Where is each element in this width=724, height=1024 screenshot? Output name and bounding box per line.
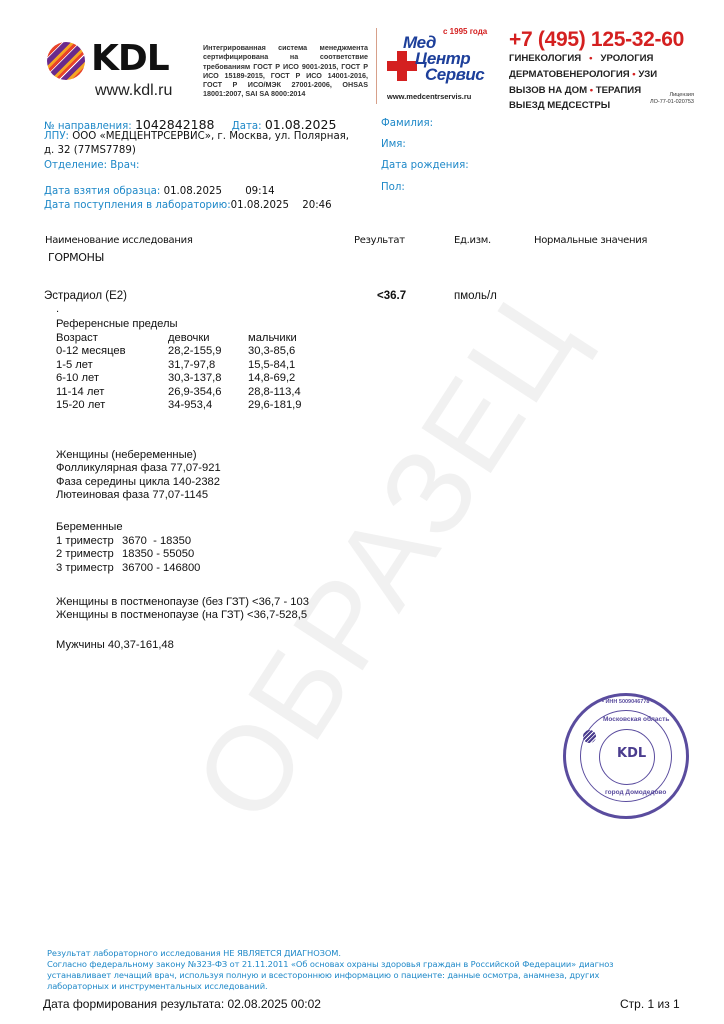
girls-header: девочки <box>168 332 248 345</box>
table-row: 6-10 лет 30,3-137,8 14,8-69,2 <box>56 372 302 385</box>
service-nurse-visit: ВЫЕЗД МЕДСЕСТРЫ <box>509 100 610 111</box>
table-row: 11-14 лет 26,9-354,6 28,8-113,4 <box>56 386 302 399</box>
services-line-3: ВЫЗОВ НА ДОМ • ТЕРАПИЯ <box>509 85 641 96</box>
disclaimer: Результат лабораторного исследования НЕ … <box>47 948 687 992</box>
disclaimer-line-1: Результат лабораторного исследования НЕ … <box>47 948 687 959</box>
col-header-normal: Нормальные значения <box>534 235 647 246</box>
service-therapy: ТЕРАПИЯ <box>596 85 641 96</box>
lpu-value: ООО «МЕДЦЕНТРСЕРВИС», г. Москва, ул. Пол… <box>72 131 349 142</box>
sample-time: 09:14 <box>245 186 274 197</box>
age-cell: 11-14 лет <box>56 386 168 399</box>
boys-cell: 30,3-85,6 <box>248 345 302 358</box>
medical-cross-icon <box>387 51 417 81</box>
disclaimer-line-2: Согласно федеральному закону №323-ФЗ от … <box>47 959 687 970</box>
girls-cell: 31,7-97,8 <box>168 359 248 372</box>
age-reference-table: Возраст девочки мальчики 0-12 месяцев 28… <box>56 332 302 412</box>
service-ultrasound: УЗИ <box>638 69 657 80</box>
postmenopause-no-hrt: Женщины в постменопаузе (без ГЗТ) <36,7 … <box>56 596 309 609</box>
pregnant-table: 1 триместр 3670 - 18350 2 триместр 18350… <box>56 535 200 575</box>
range-cell: 36700 - 146800 <box>122 562 200 575</box>
name-label: Имя: <box>381 139 406 150</box>
girls-cell: 26,9-354,6 <box>168 386 248 399</box>
lpu-value-line-2: д. 32 (77MS7789) <box>44 145 136 156</box>
boys-cell: 14,8-69,2 <box>248 372 302 385</box>
iso-certification-text: Интегрированная система менеджмента серт… <box>203 43 368 99</box>
bullet-icon: • <box>584 53 598 64</box>
table-row: 3 триместр 36700 - 146800 <box>56 562 200 575</box>
test-result: <36.7 <box>377 290 406 302</box>
women-nonpregnant: Женщины (небеременные) Фолликулярная фаз… <box>56 449 221 503</box>
boys-cell: 15,5-84,1 <box>248 359 302 372</box>
sample-date: 01.08.2025 <box>164 186 222 197</box>
test-unit: пмоль/л <box>454 290 497 302</box>
table-row: 0-12 месяцев 28,2-155,9 30,3-85,6 <box>56 345 302 358</box>
age-table-header: Возраст девочки мальчики <box>56 332 302 345</box>
girls-cell: 28,2-155,9 <box>168 345 248 358</box>
section-title: ГОРМОНЫ <box>48 251 104 264</box>
generated-date: Дата формирования результата: 02.08.2025… <box>43 997 321 1011</box>
luteal-phase: Лютеиновая фаза 77,07-1145 <box>56 489 221 502</box>
service-home-visit: ВЫЗОВ НА ДОМ <box>509 85 587 96</box>
service-dermatovenerology: ДЕРМАТОВЕНЕРОЛОГИЯ <box>509 69 630 80</box>
age-cell: 0-12 месяцев <box>56 345 168 358</box>
col-header-result: Результат <box>354 235 405 246</box>
postmenopause-hrt: Женщины в постменопаузе (на ГЗТ) <36,7-5… <box>56 609 309 622</box>
since-year: с 1995 года <box>443 27 487 36</box>
reference-dot: . <box>56 303 59 316</box>
referral-number: 1042842188 <box>135 117 215 132</box>
services-line-4: ВЫЕЗД МЕДСЕСТРЫ <box>509 100 610 111</box>
license-label: Лицензия <box>650 92 694 99</box>
medcentrservis-logo: с 1995 года Мед Центр Сервис www.medcent… <box>385 27 500 105</box>
postmenopause: Женщины в постменопаузе (без ГЗТ) <36,7 … <box>56 596 309 623</box>
phone-number: +7 (495) 125-32-60 <box>509 28 684 52</box>
service-gynecology: ГИНЕКОЛОГИЯ <box>509 53 581 64</box>
range-cell: 18350 - 55050 <box>122 548 200 561</box>
sample-date-line: Дата взятия образца: 01.08.2025 09:14 <box>44 186 275 197</box>
stamp-inner-top: Московская область <box>603 716 669 723</box>
kdl-logo: KDL www.kdl.ru <box>47 38 187 98</box>
age-cell: 1-5 лет <box>56 359 168 372</box>
generated-value: 02.08.2025 00:02 <box>228 997 321 1011</box>
follicular-phase: Фолликулярная фаза 77,07-921 <box>56 462 221 475</box>
stamp-outer-text: • ИНН 5009046778 • <box>602 699 653 705</box>
age-cell: 6-10 лет <box>56 372 168 385</box>
services-line-1: ГИНЕКОЛОГИЯ • УРОЛОГИЯ <box>509 53 653 64</box>
table-row: 1-5 лет 31,7-97,8 15,5-84,1 <box>56 359 302 372</box>
surname-label: Фамилия: <box>381 118 433 129</box>
boys-header: мальчики <box>248 332 302 345</box>
test-name: Эстрадиол (E2) <box>44 290 127 302</box>
range-cell: 3670 - 18350 <box>122 535 200 548</box>
received-time: 20:46 <box>302 200 331 211</box>
services-line-2: ДЕРМАТОВЕНЕРОЛОГИЯ • УЗИ <box>509 69 657 80</box>
trimester-cell: 2 триместр <box>56 548 122 561</box>
date-value: 01.08.2025 <box>265 117 337 132</box>
service-urology: УРОЛОГИЯ <box>601 53 654 64</box>
age-header: Возраст <box>56 332 168 345</box>
referral-line: № направления: 1042842188 Дата: 01.08.20… <box>44 117 336 132</box>
reference-title: Референсные пределы <box>56 318 178 331</box>
kdl-url: www.kdl.ru <box>95 82 172 100</box>
table-row: 15-20 лет 34-953,4 29,6-181,9 <box>56 399 302 412</box>
generated-label: Дата формирования результата: <box>43 997 224 1011</box>
trimester-cell: 3 триместр <box>56 562 122 575</box>
stamp-logo: KDL <box>617 746 646 761</box>
license-number: ЛО-77-01-020753 <box>650 99 694 106</box>
partner-url: www.medcentrservis.ru <box>387 92 471 101</box>
boys-cell: 28,8-113,4 <box>248 386 302 399</box>
disclaimer-line-3: устанавливает лечащий врач, используя по… <box>47 970 687 981</box>
stamp-kdl-ball-icon <box>583 730 596 743</box>
girls-cell: 30,3-137,8 <box>168 372 248 385</box>
license: Лицензия ЛО-77-01-020753 <box>650 92 694 106</box>
page-number: Стр. 1 из 1 <box>620 997 680 1011</box>
table-row: 1 триместр 3670 - 18350 <box>56 535 200 548</box>
stamp-inner-bottom: город Домодедово <box>605 789 666 796</box>
department-label: Отделение: Врач: <box>44 160 139 171</box>
age-cell: 15-20 лет <box>56 399 168 412</box>
header-divider <box>376 28 377 104</box>
pregnant-title: Беременные <box>56 521 123 534</box>
received-label: Дата поступления в лабораторию: <box>44 200 231 211</box>
stamp-inner-ring: KDL Московская область город Домодедово <box>580 710 672 802</box>
kdl-logo-text: KDL <box>91 38 169 79</box>
men-reference: Мужчины 40,37-161,48 <box>56 639 174 652</box>
sex-label: Пол: <box>381 182 405 193</box>
women-nonpregnant-title: Женщины (небеременные) <box>56 449 221 462</box>
birthdate-label: Дата рождения: <box>381 160 469 171</box>
disclaimer-line-4: лабораторных и инструментальных исследов… <box>47 981 687 992</box>
kdl-ball-icon <box>47 42 85 80</box>
sample-date-label: Дата взятия образца: <box>44 186 160 197</box>
trimester-cell: 1 триместр <box>56 535 122 548</box>
boys-cell: 29,6-181,9 <box>248 399 302 412</box>
lpu-label: ЛПУ: <box>44 131 69 142</box>
received-date: 01.08.2025 <box>231 200 289 211</box>
received-date-line: Дата поступления в лабораторию:01.08.202… <box>44 200 332 211</box>
col-header-name: Наименование исследования <box>45 235 193 246</box>
girls-cell: 34-953,4 <box>168 399 248 412</box>
table-row: 2 триместр 18350 - 55050 <box>56 548 200 561</box>
col-header-unit: Ед.изм. <box>454 235 491 246</box>
lpu-line: ЛПУ: ООО «МЕДЦЕНТРСЕРВИС», г. Москва, ул… <box>44 131 349 142</box>
mid-cycle-phase: Фаза середины цикла 140-2382 <box>56 476 221 489</box>
logo-line-3: Сервис <box>425 65 484 85</box>
lab-stamp: KDL Московская область город Домодедово … <box>563 693 689 819</box>
